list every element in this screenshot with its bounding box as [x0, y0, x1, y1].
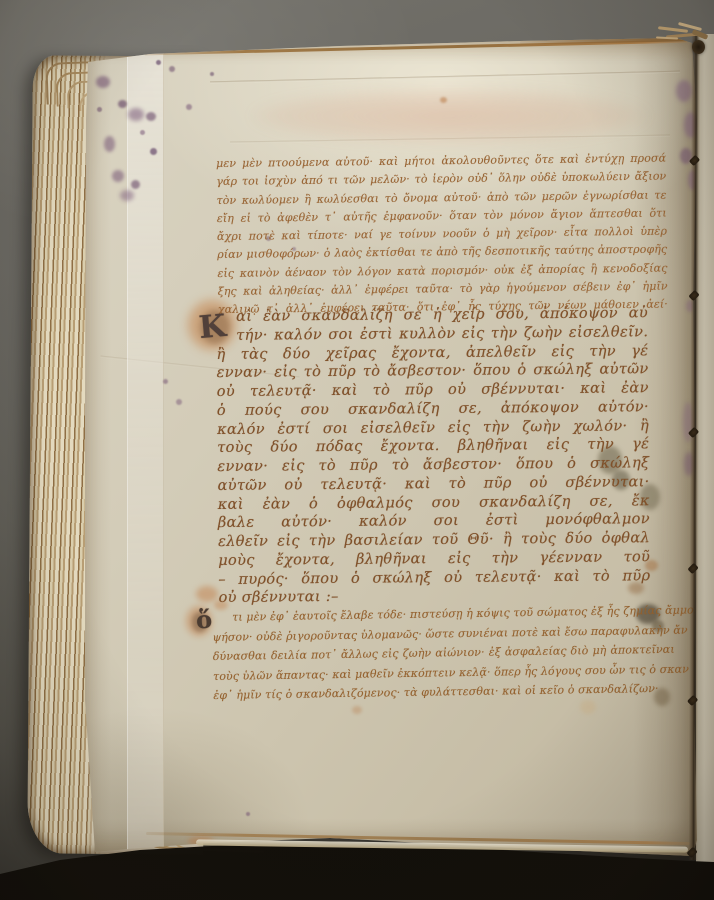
stain — [163, 379, 168, 384]
stain — [246, 812, 250, 816]
stain — [352, 706, 362, 714]
stain — [131, 180, 140, 189]
stain — [140, 130, 145, 135]
stain — [176, 399, 182, 405]
stain — [210, 72, 214, 76]
stain — [128, 108, 144, 121]
sewing-stitch — [687, 695, 698, 706]
commentary-bottom-block: τι μὲν ἐφ᾽ ἑαυτοῖς ἔλαβε τόδε· πιστεύσῃ … — [212, 601, 675, 706]
sewing-stitch — [688, 290, 699, 301]
commentary-initial: ὅ — [195, 605, 213, 635]
gospel-text-block: αὶ ἐὰν σκανδαλίζη σε ἡ χείρ σου, ἀπόκοψο… — [216, 304, 651, 608]
sewing-stitch — [687, 563, 698, 574]
stain — [112, 170, 124, 182]
stain — [104, 136, 115, 152]
stain — [150, 148, 157, 155]
stain — [96, 76, 110, 88]
manuscript-photo: μεν μὲν πτοούμενα αὐτοῦ· καὶ μήτοι ἀκολο… — [0, 0, 714, 900]
sewing-stitch — [689, 155, 700, 166]
stain — [118, 100, 127, 108]
stain — [186, 104, 192, 110]
stain — [120, 190, 134, 201]
stain — [440, 97, 447, 103]
stain — [146, 112, 156, 121]
frayed-headband-threads — [656, 20, 714, 54]
manuscript-page: μεν μὲν πτοούμενα αὐτοῦ· καὶ μήτοι ἀκολο… — [80, 36, 702, 860]
stain — [196, 586, 218, 602]
commentary-top-block: μεν μὲν πτοούμενα αὐτοῦ· καὶ μήτοι ἀκολο… — [216, 150, 668, 320]
sewing-stitch — [688, 427, 699, 438]
stain — [156, 60, 161, 65]
stain — [580, 700, 596, 714]
stain — [676, 80, 692, 102]
sewing-stitch — [686, 847, 697, 858]
stain — [169, 66, 175, 72]
stain — [97, 107, 102, 112]
